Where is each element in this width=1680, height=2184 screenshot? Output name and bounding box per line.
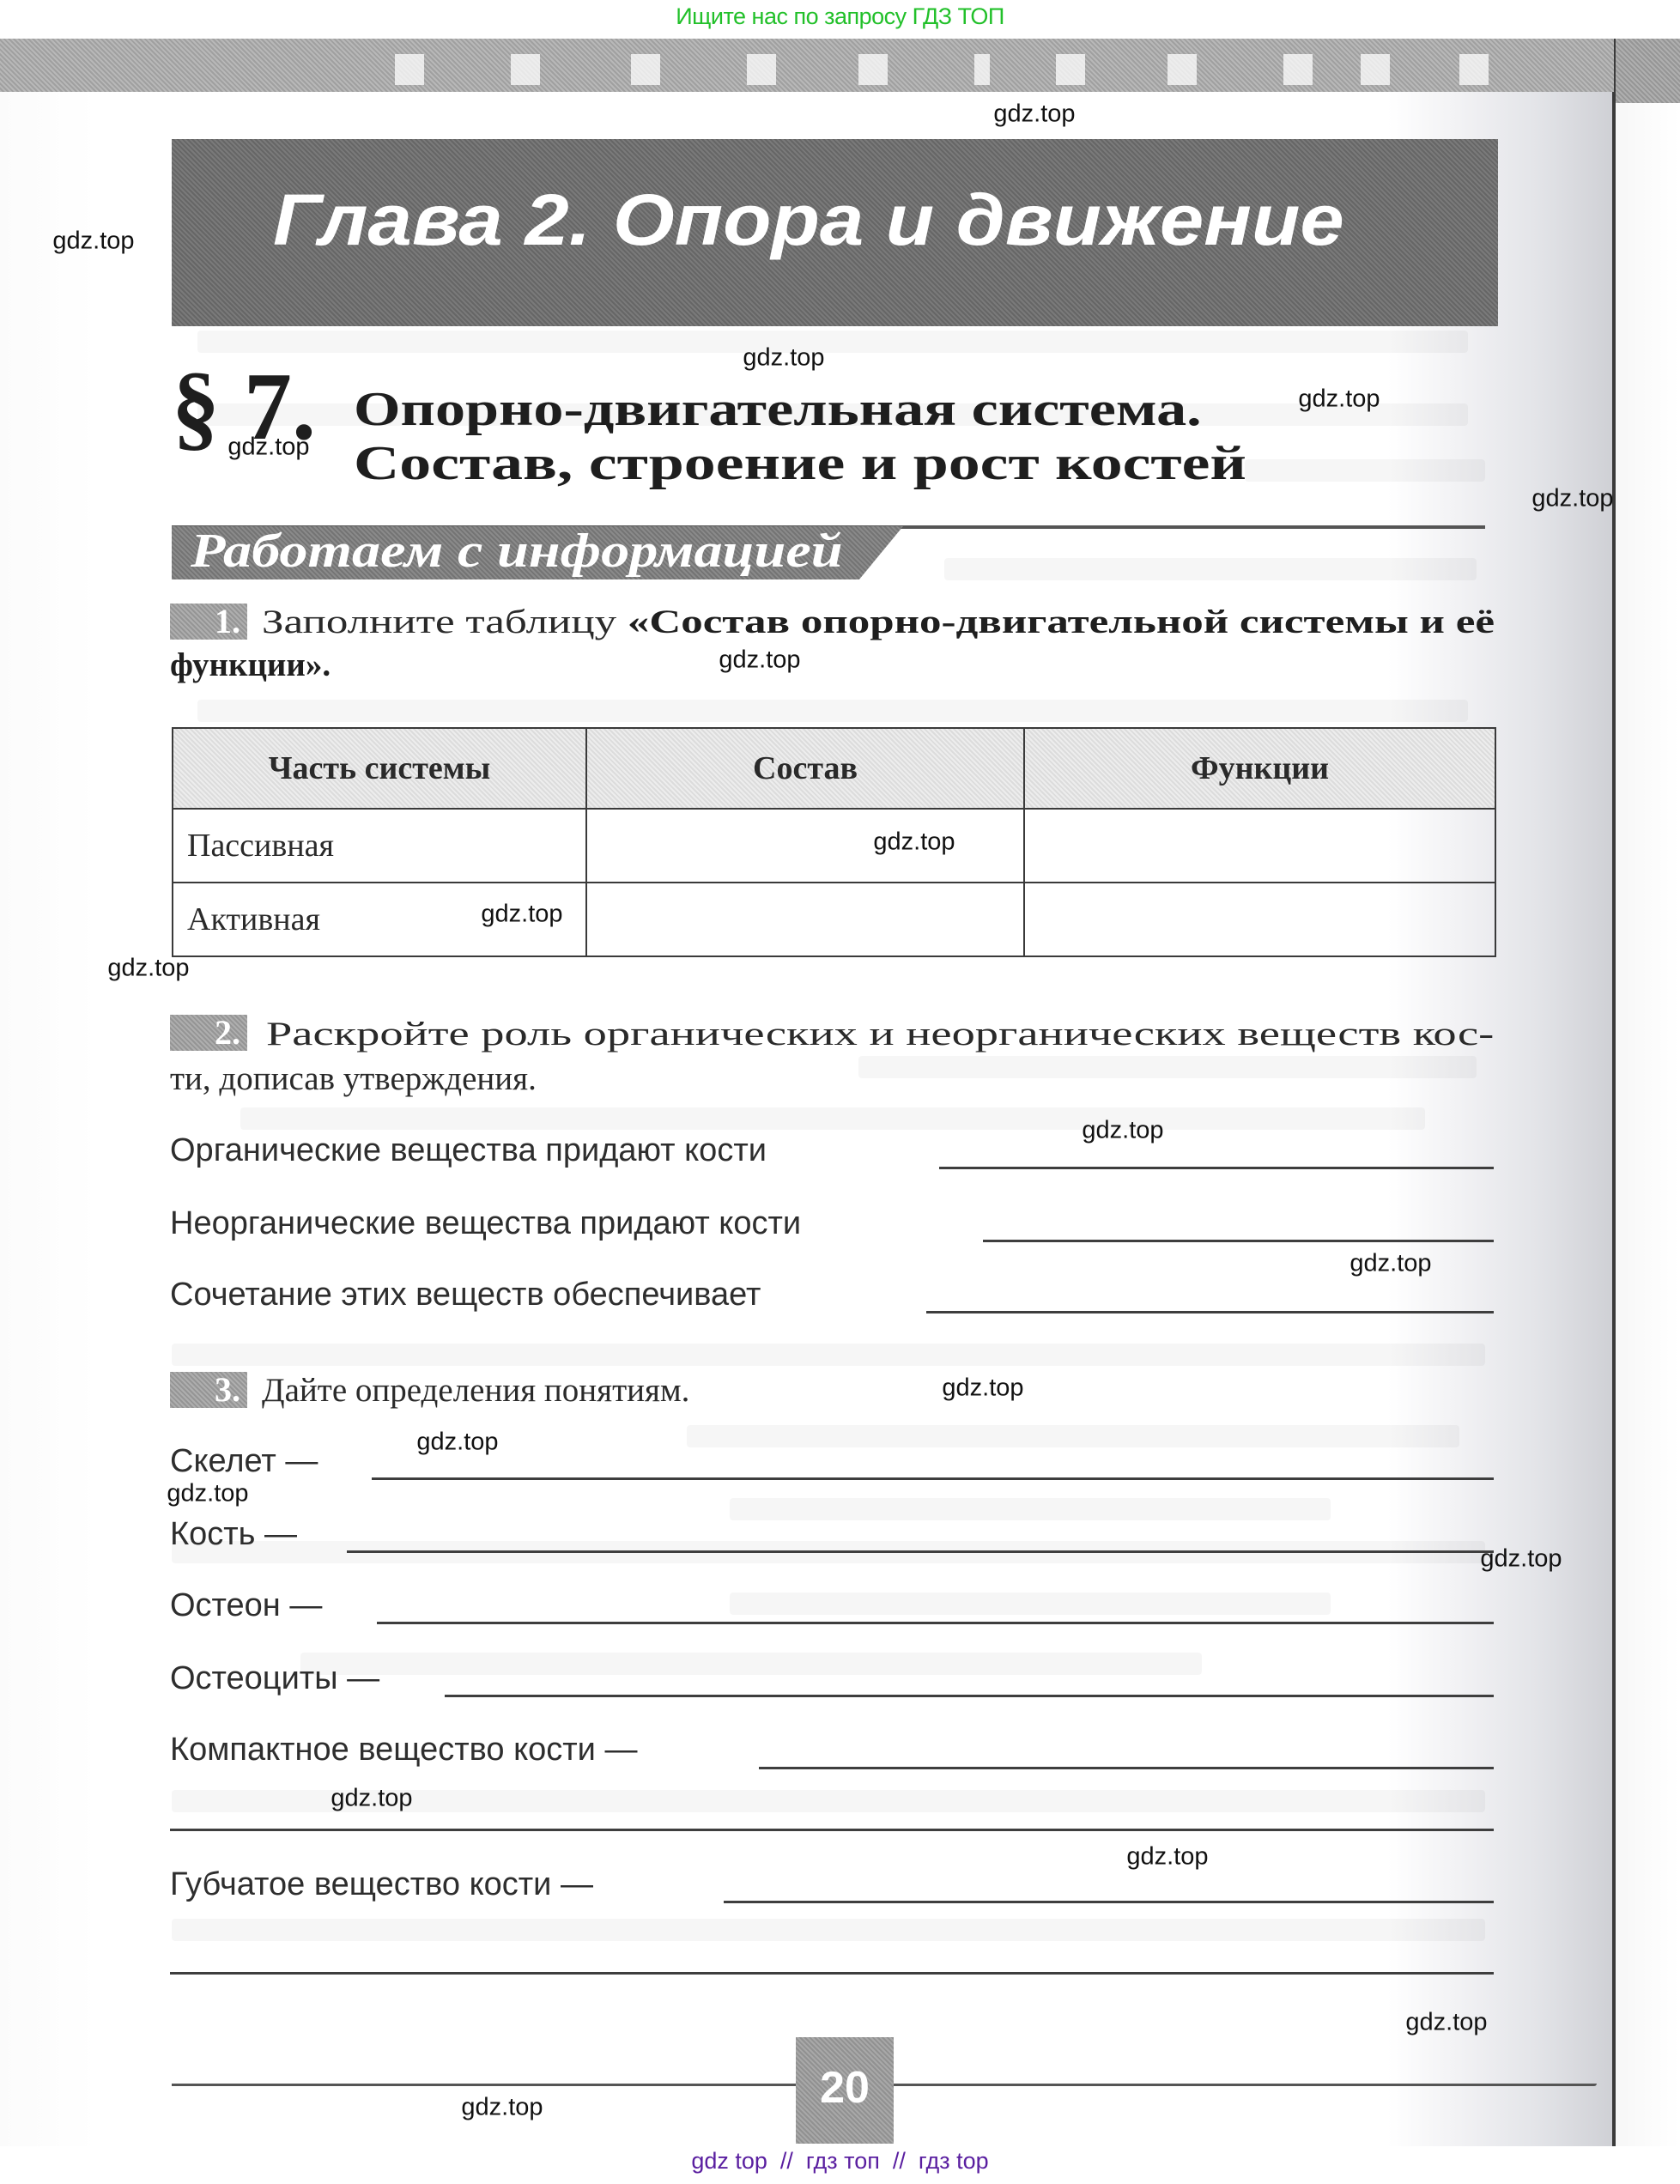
column-header-functions: Функции [1024, 728, 1495, 809]
prompt-organic: Органические вещества придают кости [170, 1134, 767, 1167]
animal-silhouette-icon [395, 54, 424, 85]
next-page-edge [1616, 39, 1680, 2146]
task1-text-bold-line2: функции». [170, 646, 331, 683]
musculoskeletal-table: Часть системы Состав Функции Пассивная А… [172, 727, 1496, 957]
term-spongy-bone: Губчатое вещество кости — [170, 1868, 593, 1901]
butterfly-silhouette-icon [1459, 54, 1489, 85]
decorative-animal-band [0, 39, 1614, 92]
bleed-through [944, 558, 1477, 580]
answer-line-compact-bone-cont[interactable] [170, 1829, 1494, 1831]
animal-silhouette-icon [1168, 54, 1197, 85]
cell-passive-functions[interactable] [1024, 809, 1495, 883]
section-title-line-1: Опорно-двигательная система. [354, 385, 1202, 434]
term-osteocytes: Остеоциты — [170, 1662, 379, 1695]
bleed-through [858, 1056, 1477, 1078]
answer-line-osteocytes[interactable] [445, 1695, 1494, 1697]
animal-silhouette-icon [974, 54, 990, 85]
answer-line-skeleton[interactable] [372, 1477, 1494, 1480]
watermark: gdz.top [743, 346, 824, 371]
watermark: gdz.top [167, 1482, 248, 1507]
task1-instruction-cont: функции». [170, 644, 331, 687]
task-number-badge: 1. [170, 604, 247, 640]
prompt-inorganic: Неорганические вещества придают кости [170, 1207, 801, 1240]
answer-line-osteon[interactable] [377, 1622, 1494, 1624]
term-bone: Кость — [170, 1518, 297, 1550]
answer-line-combination[interactable] [926, 1311, 1494, 1313]
bleed-through [240, 1107, 1425, 1130]
bleed-through [197, 331, 1468, 353]
answer-line-inorganic[interactable] [983, 1240, 1494, 1242]
watermark: gdz.top [461, 2096, 543, 2120]
cell-active-composition[interactable] [586, 883, 1024, 956]
bleed-through [730, 1498, 1331, 1520]
watermark: gdz.top [873, 830, 955, 855]
bleed-through [197, 700, 1468, 722]
term-skeleton: Скелет — [170, 1445, 318, 1477]
task-number-badge: 3. [170, 1372, 247, 1408]
animal-silhouette-icon [631, 54, 660, 85]
column-header-part: Часть системы [173, 728, 586, 809]
answer-line-spongy-bone[interactable] [724, 1901, 1494, 1903]
bleed-through [730, 1592, 1331, 1615]
watermark: gdz.top [481, 902, 562, 927]
answer-line-bone[interactable] [347, 1550, 1494, 1553]
watermark: gdz.top [1405, 2011, 1487, 2035]
promo-banner-bottom: gdz top // гдз топ // гдз top [0, 2148, 1680, 2175]
task2-instruction-line2: ти, дописав утверждения. [170, 1058, 537, 1101]
task3-instruction: Дайте определения понятиям. [262, 1369, 689, 1412]
cell-active-functions[interactable] [1024, 883, 1495, 956]
watermark: gdz.top [1349, 1252, 1431, 1277]
task1-instruction: Заполните таблицу «Состав опорно-двигате… [262, 601, 1495, 644]
column-header-composition: Состав [586, 728, 1024, 809]
term-osteon: Остеон — [170, 1589, 322, 1622]
promo-banner-top: Ищите нас по запросу ГДЗ ТОП [0, 3, 1680, 30]
section-title-line-2: Состав, строение и рост костей [354, 440, 1246, 488]
watermark: gdz.top [107, 956, 189, 981]
row-label-passive: Пассивная [173, 809, 586, 883]
prompt-combination: Сочетание этих веществ обеспечивает [170, 1278, 761, 1311]
task1-text-bold: «Состав опорно-двигательной системы и её [628, 604, 1495, 640]
watermark: gdz.top [52, 229, 134, 254]
animal-silhouette-icon [1361, 54, 1390, 85]
watermark: gdz.top [227, 435, 309, 460]
watermark: gdz.top [1298, 387, 1380, 412]
animal-silhouette-icon [747, 54, 776, 85]
watermark: gdz.top [942, 1376, 1023, 1401]
watermark: gdz.top [1126, 1845, 1208, 1870]
table-row: Пассивная [173, 809, 1495, 883]
watermark: gdz.top [331, 1787, 412, 1811]
task1-text-plain: Заполните таблицу [262, 604, 628, 640]
bleed-through [172, 1919, 1485, 1941]
answer-line-spongy-bone-cont[interactable] [170, 1972, 1494, 1975]
bleed-through [172, 1344, 1485, 1366]
animal-silhouette-icon [858, 54, 888, 85]
animal-silhouette-icon [1056, 54, 1085, 85]
watermark: gdz.top [416, 1430, 498, 1455]
animal-silhouette-icon [511, 54, 540, 85]
animal-silhouette-icon [1283, 54, 1313, 85]
page-number: 20 [796, 2066, 894, 2110]
next-page-band [1616, 39, 1680, 103]
cell-passive-composition[interactable] [586, 809, 1024, 883]
table-header-row: Часть системы Состав Функции [173, 728, 1495, 809]
bleed-through [1245, 459, 1485, 482]
term-compact-bone: Компактное вещество кости — [170, 1733, 637, 1766]
bleed-through [687, 1425, 1459, 1447]
task2-instruction-line1: Раскройте роль органических и неорганиче… [266, 1013, 1494, 1056]
answer-line-compact-bone[interactable] [759, 1767, 1494, 1769]
watermark: gdz.top [1082, 1119, 1163, 1144]
watermark: gdz.top [719, 648, 800, 673]
watermark: gdz.top [993, 102, 1075, 127]
rubric-title: Работаем с информацией [191, 527, 843, 575]
task-number-badge: 2. [170, 1015, 247, 1051]
bleed-through [300, 1653, 1202, 1675]
watermark: gdz.top [1531, 487, 1613, 512]
answer-line-organic[interactable] [939, 1167, 1494, 1169]
book-spine [1612, 39, 1616, 2146]
watermark: gdz.top [1480, 1547, 1562, 1572]
chapter-title: Глава 2. Опора и движение [273, 184, 1344, 256]
table-row: Активная [173, 883, 1495, 956]
